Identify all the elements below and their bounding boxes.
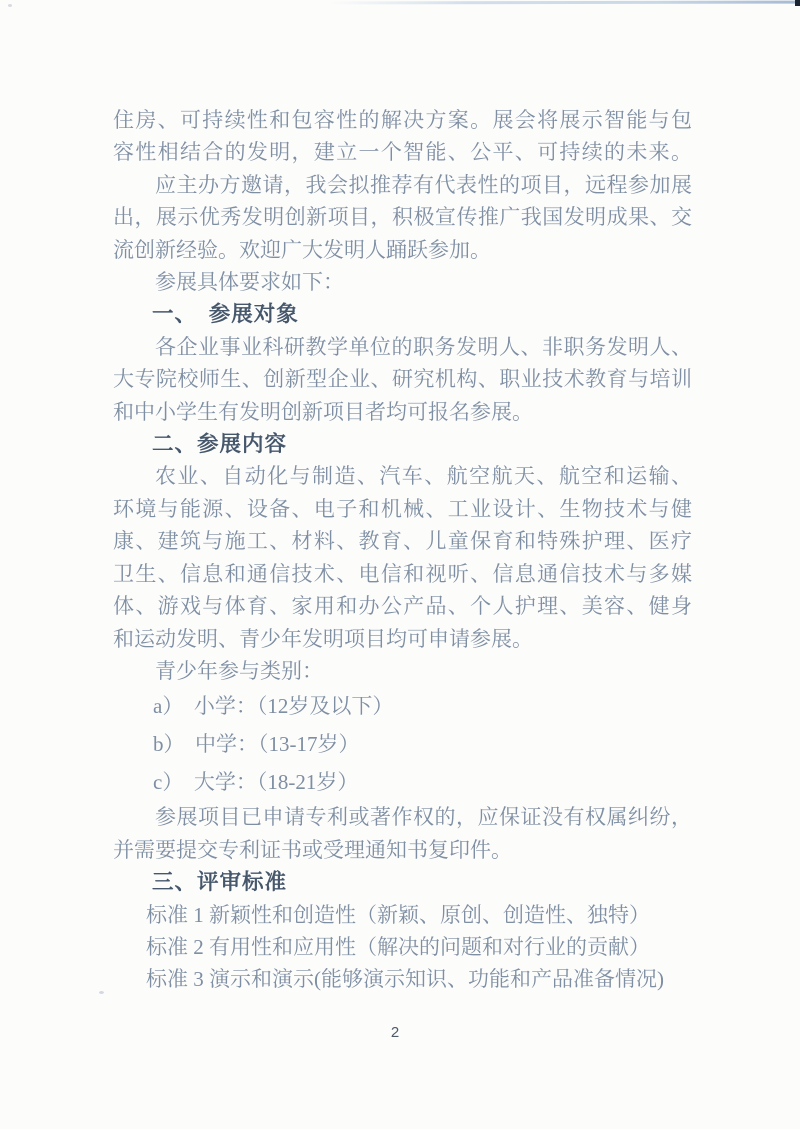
section2-body-line: 卫生、信息和通信技术、电信和视听、信息通信技术与多媒 bbox=[113, 558, 692, 590]
scan-artifact-top-smear bbox=[328, 1, 798, 5]
page-number: 2 bbox=[0, 1024, 790, 1041]
scan-artifact-speck-left-margin bbox=[99, 991, 104, 994]
document-body: 住房、可持续性和包容性的解决方案。展会将展示智能与包 容性相结合的发明，建立一个… bbox=[113, 104, 692, 996]
scan-artifact-speck-top-left bbox=[8, 4, 12, 7]
criteria-item: 标准 3 演示和演示(能够演示知识、功能和产品准备情况) bbox=[113, 963, 692, 995]
criteria-item: 标准 1 新颖性和创造性（新颖、原创、创造性、独特） bbox=[113, 899, 692, 931]
section1-heading: 一、 参展对象 bbox=[113, 298, 692, 330]
section2-body-line: 环境与能源、设备、电子和机械、工业设计、生物技术与健 bbox=[113, 493, 692, 525]
scan-artifact-corner-dot bbox=[795, 0, 800, 6]
scanned-document-page: 住房、可持续性和包容性的解决方案。展会将展示智能与包 容性相结合的发明，建立一个… bbox=[0, 0, 800, 1129]
section2-body-line: 康、建筑与施工、材料、教育、儿童保育和特殊护理、医疗 bbox=[113, 525, 692, 557]
intro-para1-line: 容性相结合的发明，建立一个智能、公平、可持续的未来。 bbox=[113, 136, 692, 168]
patent-requirement-line: 并需要提交专利证书或受理通知书复印件。 bbox=[113, 834, 692, 866]
section2-body-line: 和运动发明、青少年发明项目均可申请参展。 bbox=[113, 623, 692, 655]
patent-requirement-line: 参展项目已申请专利或著作权的，应保证没有权属纠纷， bbox=[113, 801, 692, 833]
youth-category-item: c） 大学：（18-21岁） bbox=[113, 763, 692, 801]
section1-body-line: 大专院校师生、创新型企业、研究机构、职业技术教育与培训 bbox=[113, 363, 692, 395]
intro-para1-line: 住房、可持续性和包容性的解决方案。展会将展示智能与包 bbox=[113, 104, 692, 136]
intro-para2-line: 出，展示优秀发明创新项目，积极宣传推广我国发明成果、交 bbox=[113, 201, 692, 233]
intro-para2-line: 应主办方邀请，我会拟推荐有代表性的项目，远程参加展 bbox=[113, 169, 692, 201]
section2-body-line: 农业、自动化与制造、汽车、航空航天、航空和运输、 bbox=[113, 460, 692, 492]
criteria-item: 标准 2 有用性和应用性（解决的问题和对行业的贡献） bbox=[113, 931, 692, 963]
intro-para2-line: 流创新经验。欢迎广大发明人踊跃参加。 bbox=[113, 234, 692, 266]
youth-category-item: b） 中学：（13-17岁） bbox=[113, 725, 692, 763]
section1-body-line: 和中小学生有发明创新项目者均可报名参展。 bbox=[113, 396, 692, 428]
section1-body-line: 各企业事业科研教学单位的职务发明人、非职务发明人、 bbox=[113, 331, 692, 363]
youth-categories-intro: 青少年参与类别： bbox=[113, 655, 692, 687]
section2-body-line: 体、游戏与体育、家用和办公产品、个人护理、美容、健身 bbox=[113, 590, 692, 622]
youth-category-item: a） 小学：（12岁及以下） bbox=[113, 687, 692, 725]
section2-heading: 二、参展内容 bbox=[113, 428, 692, 460]
section3-heading: 三、评审标准 bbox=[113, 866, 692, 898]
intro-para3: 参展具体要求如下： bbox=[113, 266, 692, 298]
